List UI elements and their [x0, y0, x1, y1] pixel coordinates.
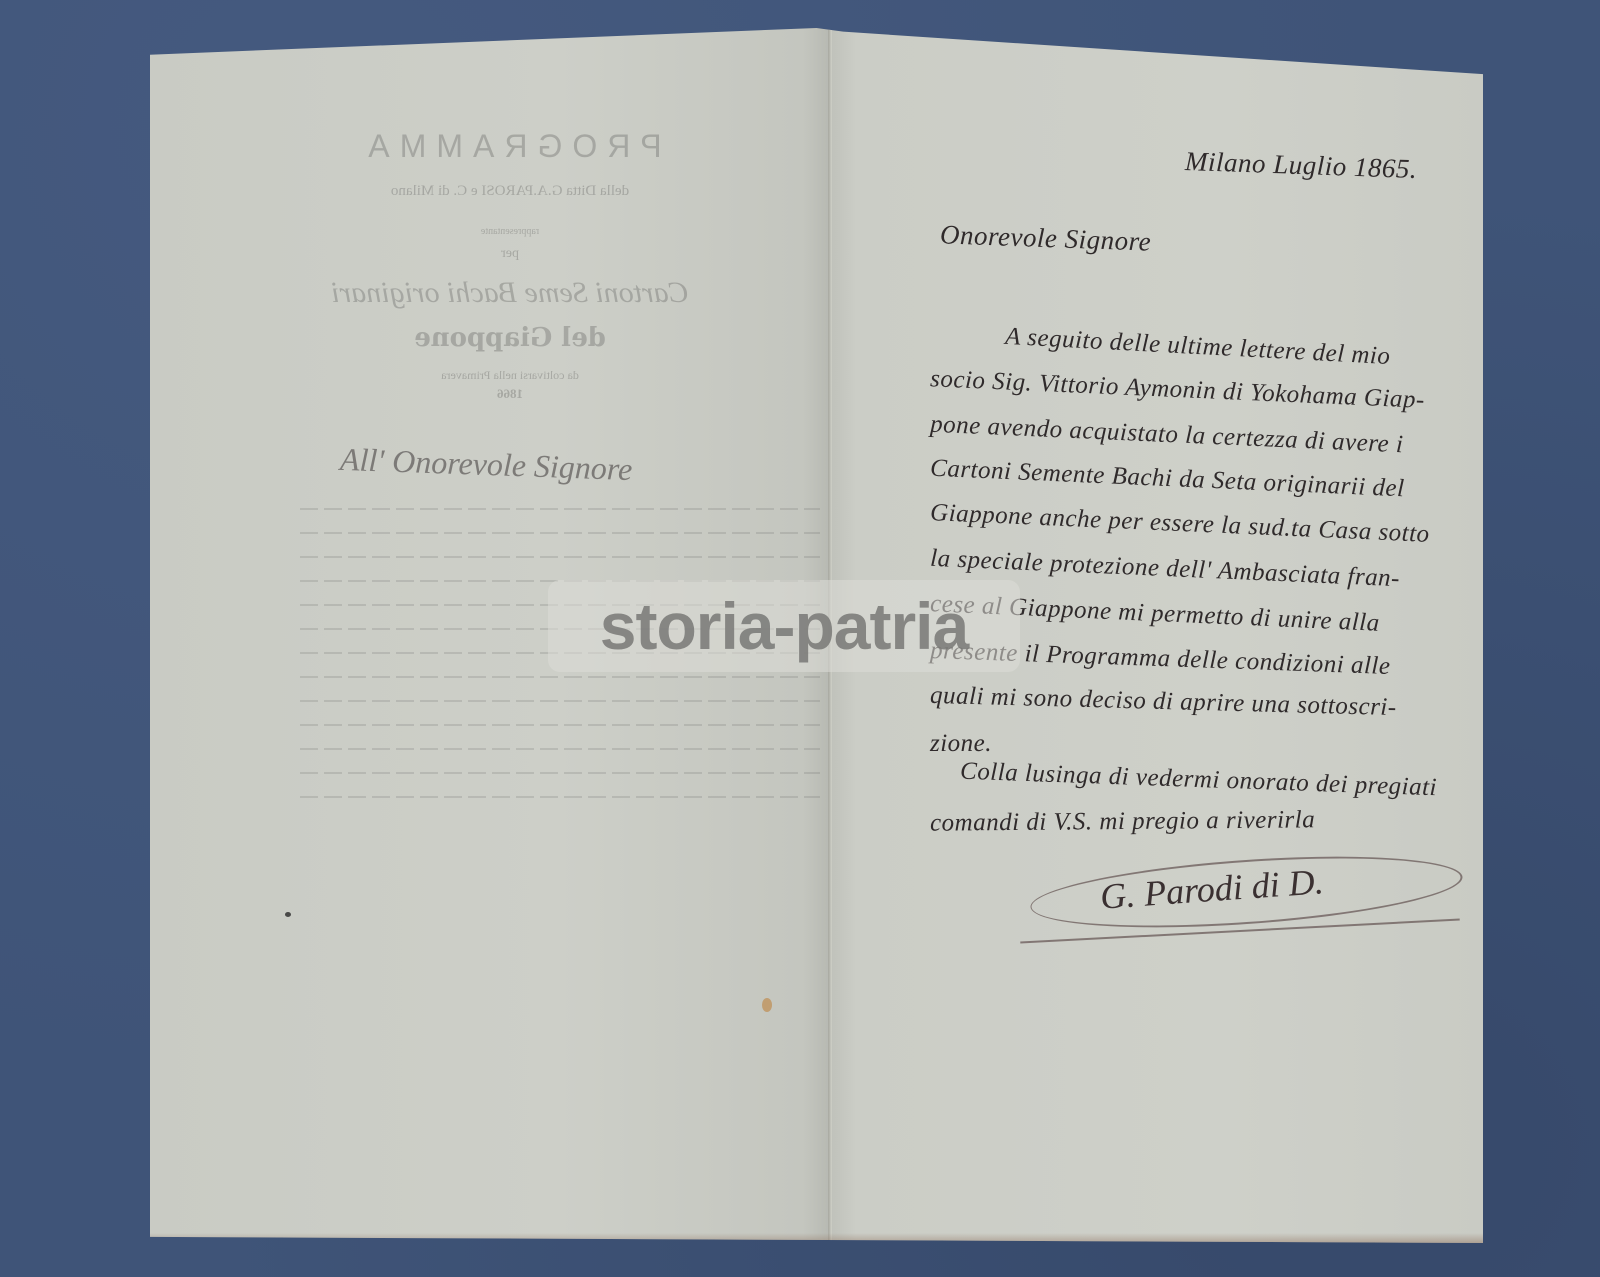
- bleed-per: per: [270, 246, 750, 262]
- salutation: Onorevole Signore: [940, 219, 1152, 257]
- letter-line: socio Sig. Vittorio Aymonin di Yokohama …: [930, 365, 1426, 415]
- letter-line: pone avendo acquistato la certezza di av…: [930, 411, 1404, 460]
- letter-line: Cartoni Semente Bachi da Seta originarii…: [930, 455, 1406, 504]
- left-salutation: All' Onorevole Signore: [339, 441, 633, 488]
- watermark-text: storia-patria: [600, 588, 968, 664]
- letter-line: comandi di V.S. mi pregio a riverirla: [930, 806, 1315, 837]
- foxing-stain: [762, 998, 772, 1012]
- bleed-title: PROGRAMMA: [270, 128, 750, 165]
- edge-discoloration: [150, 1233, 1483, 1243]
- letter-line: Colla lusinga di vedermi onorato dei pre…: [960, 758, 1438, 803]
- bleed-item: Cartoni Seme Bachi originari: [270, 276, 750, 310]
- letter-line: zione.: [930, 730, 992, 758]
- bleed-firm: della Ditta G.A.PAROSI e C. di Milano: [270, 183, 750, 200]
- place-date: Milano Luglio 1865.: [1185, 146, 1418, 185]
- bleed-origin: del Giappone: [270, 323, 750, 353]
- ink-spot: [285, 912, 291, 917]
- bleed-subtitle: rappresentante: [270, 226, 750, 237]
- letter-line: A seguito delle ultime lettere del mio: [1005, 323, 1392, 371]
- bleed-place: da coltivarsi nella Primavera: [270, 368, 750, 383]
- letter-line: quali mi sono deciso di aprire una sotto…: [930, 682, 1397, 722]
- letter-line: Giappone anche per essere la sud.ta Casa…: [930, 499, 1431, 549]
- bleed-year: 1866: [270, 386, 750, 402]
- watermark-banner: storia-patria: [548, 580, 1020, 672]
